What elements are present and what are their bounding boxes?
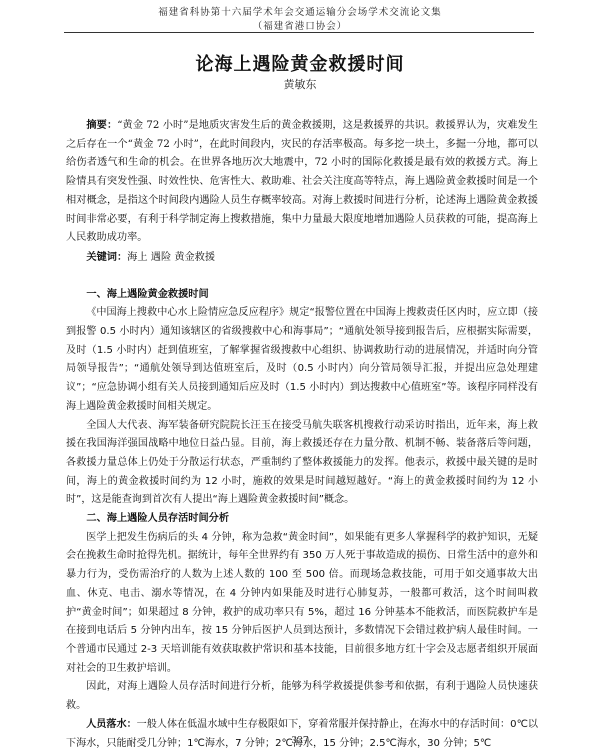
abstract-text: “黄金 72 小时”是地质灾害发生后的黄金救援期，这是救援界的共识。救援界认为，… bbox=[66, 120, 538, 243]
section-1: 一、海上遇险黄金救援时间 《中国海上搜救中心水上险情应急反应程序》规定“报警位置… bbox=[66, 286, 538, 510]
abstract-block: 摘要：“黄金 72 小时”是地质灾害发生后的黄金救援期，这是救援界的共识。救援界… bbox=[66, 116, 538, 268]
paper-body: 摘要：“黄金 72 小时”是地质灾害发生后的黄金救援期，这是救援界的共识。救援界… bbox=[66, 116, 538, 749]
keywords-text: 海上 遇险 黄金救援 bbox=[127, 252, 215, 263]
body-paragraph: 医学上把发生伤病后的头 4 分钟，称为急救“黄金时间”，如果能有更多人掌握科学的… bbox=[66, 529, 538, 679]
section-heading: 一、海上遇险黄金救援时间 bbox=[66, 286, 538, 305]
keywords-label: 关键词： bbox=[86, 251, 127, 263]
section-heading: 二、海上遇险人员存活时间分析 bbox=[66, 510, 538, 529]
lead-label: 人员落水： bbox=[86, 719, 136, 730]
running-header: 福建省科协第十六届学术年会交通运输分会场学术交流论文集 （福建省港口协会） bbox=[0, 6, 600, 34]
page-number: 337 bbox=[0, 736, 600, 746]
spacer bbox=[66, 268, 538, 286]
body-paragraph: 因此，对海上遇险人员存活时间进行分析，能够为科学救援提供参考和依据，有利于遇险人… bbox=[66, 678, 538, 715]
paper-title: 论海上遇险黄金救援时间 bbox=[0, 50, 600, 76]
abstract-paragraph: 摘要：“黄金 72 小时”是地质灾害发生后的黄金救援期，这是救援界的共识。救援界… bbox=[66, 116, 538, 248]
body-paragraph: 全国人大代表、海军装备研究院院长汪玉在接受马航失联客机搜救行动采访时指出，近年来… bbox=[66, 417, 538, 511]
body-paragraph: 《中国海上搜救中心水上险情应急反应程序》规定“报警位置在中国海上搜救责任区内时，… bbox=[66, 304, 538, 416]
proceedings-title: 福建省科协第十六届学术年会交通运输分会场学术交流论文集 bbox=[0, 6, 600, 20]
abstract-label: 摘要： bbox=[86, 119, 117, 131]
paper-author: 黄敏东 bbox=[0, 76, 600, 92]
header-divider bbox=[64, 32, 534, 33]
keywords-line: 关键词：海上 遇险 黄金救援 bbox=[66, 248, 538, 268]
section-2: 二、海上遇险人员存活时间分析 医学上把发生伤病后的头 4 分钟，称为急救“黄金时… bbox=[66, 510, 538, 749]
